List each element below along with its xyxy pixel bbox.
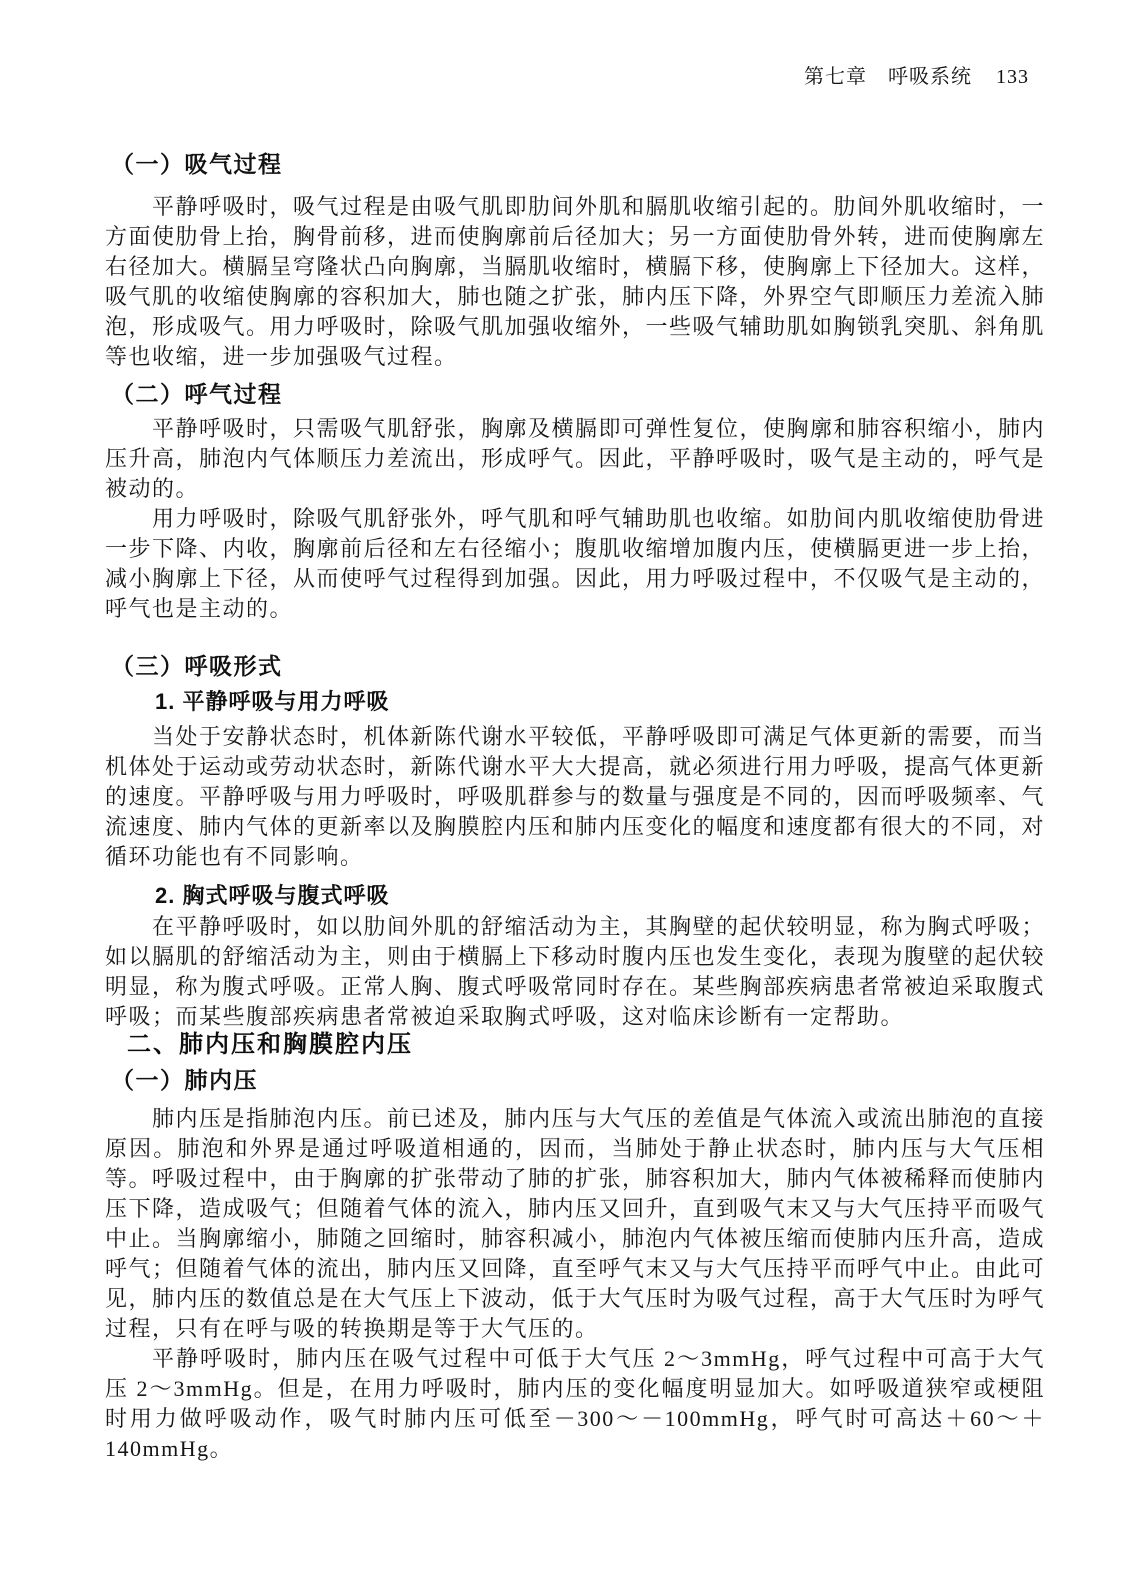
paragraph-quiet-vs-forced-breathing: 当处于安静状态时，机体新陈代谢水平较低，平静呼吸即可满足气体更新的需要，而当机体… [105,722,1045,872]
paragraph-intrapulmonary-pressure-cycle: 肺内压是指肺泡内压。前已述及，肺内压与大气压的差值是气体流入或流出肺泡的直接原因… [105,1104,1045,1344]
paragraph-intrapulmonary-pressure-values: 平静呼吸时，肺内压在吸气过程中可低于大气压 2～3mmHg，呼气过程中可高于大气… [105,1344,1045,1464]
sub-heading-thoracic-vs-abdominal-breathing: 2. 胸式呼吸与腹式呼吸 [155,880,1045,912]
running-header: 第七章 呼吸系统133 [105,66,1045,88]
page-number: 133 [996,66,1029,88]
paragraph-inspiration-process: 平静呼吸时，吸气过程是由吸气肌即肋间外肌和膈肌收缩引起的。肋间外肌收缩时，一方面… [105,192,1045,372]
page-content: 第七章 呼吸系统133 （一）吸气过程 平静呼吸时，吸气过程是由吸气肌即肋间外肌… [105,66,1045,1464]
paragraph-forced-expiration: 用力呼吸时，除吸气肌舒张外，呼气肌和呼气辅助肌也收缩。如肋间内肌收缩使肋骨进一步… [105,504,1045,624]
textbook-page: 第七章 呼吸系统133 （一）吸气过程 平静呼吸时，吸气过程是由吸气肌即肋间外肌… [0,0,1127,1570]
sub-heading-quiet-vs-forced-breathing: 1. 平静呼吸与用力呼吸 [155,686,1045,718]
chapter-title: 第七章 呼吸系统 [804,66,972,88]
section-heading-expiration-process: （二）呼气过程 [111,378,1045,410]
section-heading-inspiration-process: （一）吸气过程 [111,148,1045,180]
section-heading-breathing-forms: （三）呼吸形式 [111,650,1045,682]
paragraph-thoracic-vs-abdominal-breathing: 在平静呼吸时，如以肋间外肌的舒缩活动为主，其胸壁的起伏较明显，称为胸式呼吸；如以… [105,912,1045,1032]
paragraph-quiet-expiration: 平静呼吸时，只需吸气肌舒张，胸廓及横膈即可弹性复位，使胸廓和肺容积缩小，肺内压升… [105,414,1045,504]
major-heading-intrapulmonary-and-intrapleural-pressure: 二、肺内压和胸膜腔内压 [127,1028,1045,1062]
section-heading-intrapulmonary-pressure: （一）肺内压 [111,1064,1045,1096]
